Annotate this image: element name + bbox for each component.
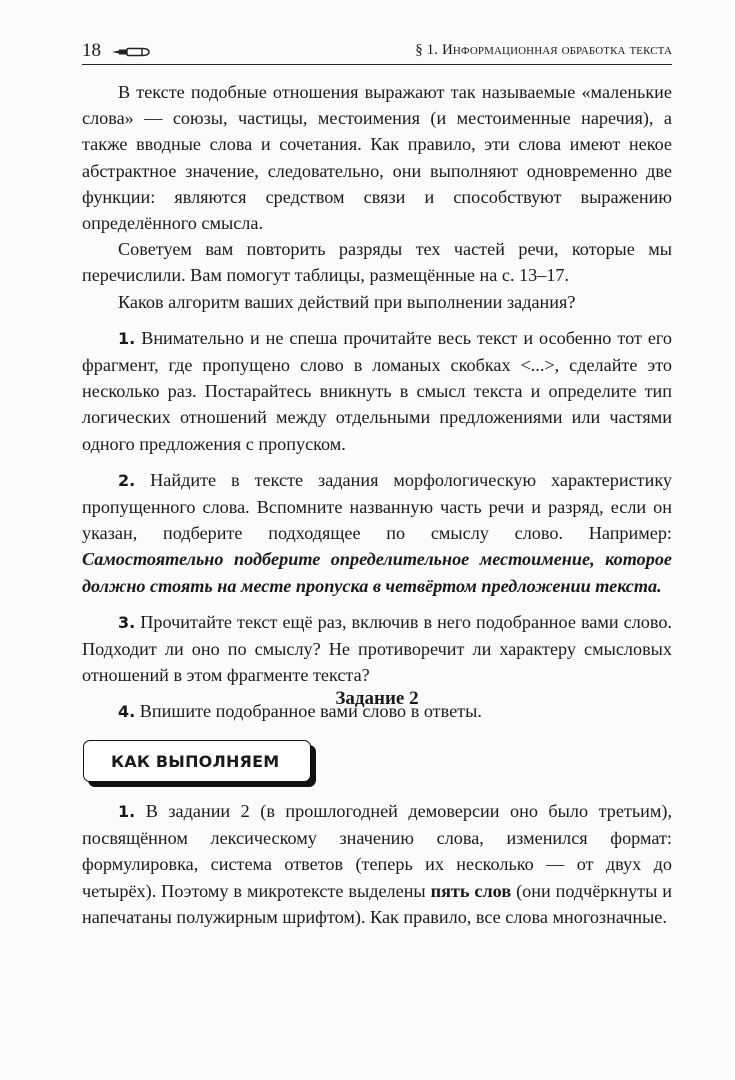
paragraph: Советуем вам повторить разряды тех часте… bbox=[82, 236, 672, 288]
task2-step-1: 1. В задании 2 (в прошлогодней демоверси… bbox=[82, 798, 672, 930]
pen-icon bbox=[111, 45, 151, 57]
paragraph: В тексте подобные отношения выражают так… bbox=[82, 79, 672, 236]
step-number: 2. bbox=[118, 471, 135, 490]
task2-text: 1. В задании 2 (в прошлогодней демоверси… bbox=[82, 798, 672, 930]
step-2: 2. Найдите в тексте задания морфологичес… bbox=[82, 467, 672, 599]
how-we-do-box: КАК ВЫПОЛНЯЕМ bbox=[83, 740, 311, 782]
step-number: 1. bbox=[118, 329, 135, 348]
step-example: Самостоятельно подберите определительное… bbox=[82, 549, 672, 595]
step-text: Найдите в тексте задания морфологическую… bbox=[82, 470, 672, 543]
page-number: 18 bbox=[82, 41, 101, 60]
running-title-prefix: § 1. И bbox=[415, 42, 453, 58]
paragraph: Каков алгоритм ваших действий при выполн… bbox=[82, 289, 672, 315]
step-text: Внимательно и не спеша прочитайте весь т… bbox=[82, 328, 672, 454]
step-1: 1. Внимательно и не спеша прочитайте вес… bbox=[82, 325, 672, 457]
step-3: 3. Прочитайте текст ещё раз, включив в н… bbox=[82, 609, 672, 689]
page-header: 18 § 1. Информационная обработка текста bbox=[82, 38, 672, 65]
section-title: Задание 2 bbox=[82, 688, 672, 710]
step-number: 1. bbox=[118, 802, 135, 821]
running-title: § 1. Информационная обработка текста bbox=[415, 42, 672, 64]
step-text: Прочитайте текст ещё раз, включив в него… bbox=[82, 612, 672, 685]
main-text: В тексте подобные отношения выражают так… bbox=[82, 79, 672, 726]
task2-bold-phrase: пять слов bbox=[431, 881, 512, 901]
running-title-rest: нформационная обработка текста bbox=[453, 42, 672, 58]
step-number: 3. bbox=[118, 613, 135, 632]
